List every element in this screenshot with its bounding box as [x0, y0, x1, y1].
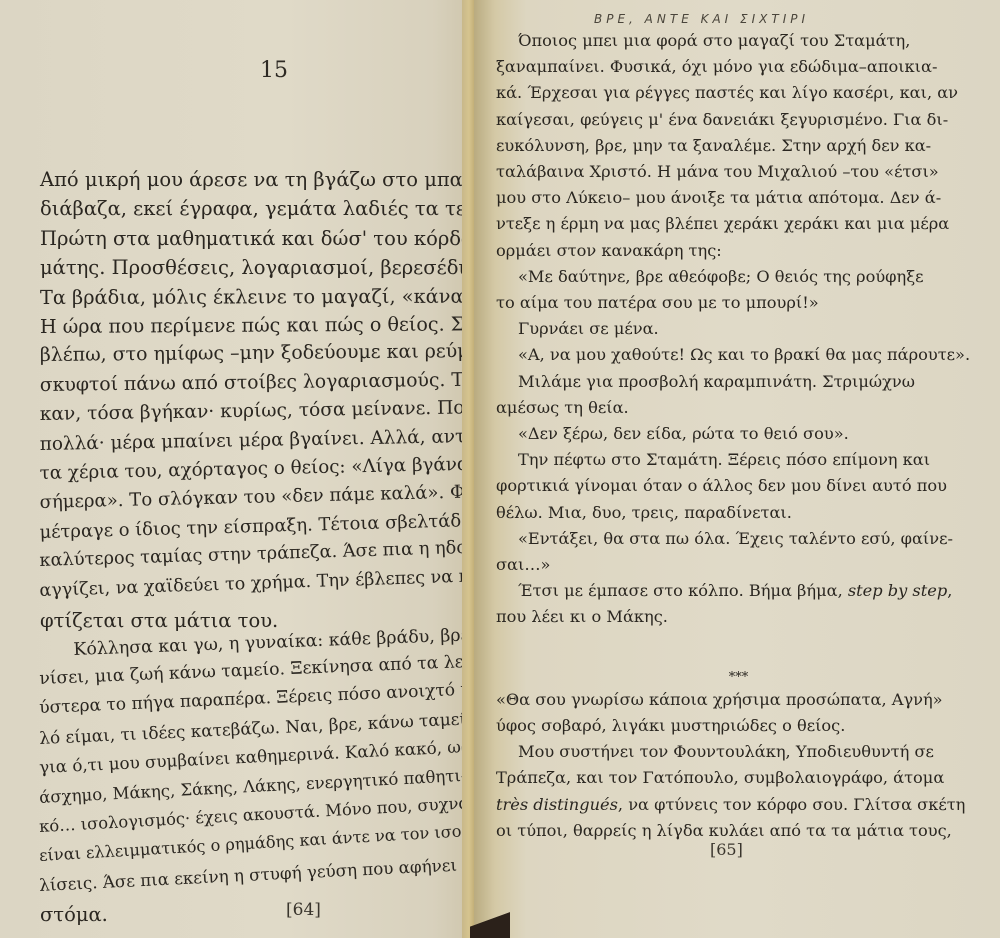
- text-line: θέλω. Μια, δυο, τρεις, παραδίνεται.: [496, 500, 981, 526]
- text-line: Μου συστήνει τον Φουντουλάκη, Υποδιευθυν…: [496, 739, 981, 765]
- text-line: κά. Έρχεσαι για ρέγγες παστές και λίγο κ…: [496, 80, 981, 106]
- text-line: ταλάβαινα Χριστό. Η μάνα του Μιχαλιού –τ…: [496, 159, 981, 185]
- right-page-body: Όποιος μπει μια φορά στο μαγαζί του Σταμ…: [496, 28, 981, 844]
- left-page: 15 Από μικρή μου άρεσε να τη βγάζω στο μ…: [0, 0, 470, 938]
- text-line: που λέει κι ο Μάκης.: [496, 604, 981, 630]
- text-line: ξαναμπαίνει. Φυσικά, όχι μόνο για εδώδιμ…: [496, 54, 981, 80]
- text-line: στόμα.: [40, 900, 460, 929]
- text-line: καίγεσαι, φεύγεις μ' ένα δανειάκι ξεγυρι…: [496, 107, 981, 133]
- text-line: Από μικρή μου άρεσε να τη βγάζω στο μπακ…: [40, 165, 460, 194]
- text-line: Έτσι με έμπασε στο κόλπο. Βήμα βήμα, ste…: [496, 578, 981, 604]
- text-line: ορμάει στον κανακάρη της:: [496, 238, 981, 264]
- left-page-body: Από μικρή μου άρεσε να τη βγάζω στο μπακ…: [40, 165, 460, 930]
- text-line: Όποιος μπει μια φορά στο μαγαζί του Σταμ…: [496, 28, 981, 54]
- right-page: ΒΡΕ, ΑΝΤΕ ΚΑΙ ΣΙΧΤΙΡΙ Όποιος μπει μια φο…: [474, 0, 1000, 938]
- text-line: μου στο Λύκειο– μου άνοιξε τα μάτια απότ…: [496, 185, 981, 211]
- text-line: Τα βράδια, μόλις έκλεινε το μαγαζί, «κάν…: [40, 283, 460, 312]
- page-number-right: [65]: [710, 840, 743, 859]
- text-line: «Με δαύτηνε, βρε αθεόφοβε; Ο θειός της ρ…: [496, 264, 981, 290]
- text-line: «Α, να μου χαθούτε! Ως και το βρακί θα μ…: [496, 342, 981, 368]
- book-spread: 15 Από μικρή μου άρεσε να τη βγάζω στο μ…: [0, 0, 1000, 938]
- text-line: ντεξε η έρμη να μας βλέπει χεράκι χεράκι…: [496, 211, 981, 237]
- text-line: Πρώτη στα μαθηματικά και δώσ' του κόρδωμ…: [40, 224, 460, 253]
- text-line: Τράπεζα, και τον Γατόπουλο, συμβολαιογρά…: [496, 765, 981, 791]
- text-line: Μιλάμε για προσβολή καραμπινάτη. Στριμώχ…: [496, 369, 981, 395]
- text-line: λίσεις. Άσε πια εκείνη η στυφή γεύση που…: [40, 871, 460, 900]
- text-line: το αίμα του πατέρα σου με το μπουρί!»: [496, 290, 981, 316]
- chapter-number: 15: [260, 58, 288, 83]
- text-line: φορτικιά γίνομαι όταν ο άλλος δεν μου δί…: [496, 473, 981, 499]
- section-gap: [496, 631, 981, 657]
- text-line: «Εντάξει, θα στα πω όλα. Έχεις ταλέντο ε…: [496, 526, 981, 552]
- text-line: très distingués, να φτύνεις τον κόρφο σο…: [496, 792, 981, 818]
- text-line: αμέσως τη θεία.: [496, 395, 981, 421]
- running-head: ΒΡΕ, ΑΝΤΕ ΚΑΙ ΣΙΧΤΙΡΙ: [594, 12, 809, 26]
- page-number-left: [64]: [286, 900, 321, 920]
- text-line: μάτης. Προσθέσεις, λογαριασμοί, βερεσέδι…: [40, 253, 460, 282]
- text-line: «Δεν ξέρω, δεν είδα, ρώτα το θειό σου».: [496, 421, 981, 447]
- text-line: αγγίζει, να χαϊδεύει το χρήμα. Την έβλεπ…: [40, 577, 460, 606]
- text-line: διάβαζα, εκεί έγραφα, γεμάτα λαδιές τα τ…: [40, 194, 460, 223]
- text-line: ύφος σοβαρό, λιγάκι μυστηριώδες ο θείος.: [496, 713, 981, 739]
- text-line: σαι…»: [496, 552, 981, 578]
- text-line: Γυρνάει σε μένα.: [496, 316, 981, 342]
- background-shadow: [470, 905, 510, 938]
- text-line: ευκόλυνση, βρε, μην τα ξαναλέμε. Στην αρ…: [496, 133, 981, 159]
- text-line: Την πέφτω στο Σταμάτη. Ξέρεις πόσο επίμο…: [496, 447, 981, 473]
- text-line: «Θα σου γνωρίσω κάποια χρήσιμα προσώπατα…: [496, 687, 981, 713]
